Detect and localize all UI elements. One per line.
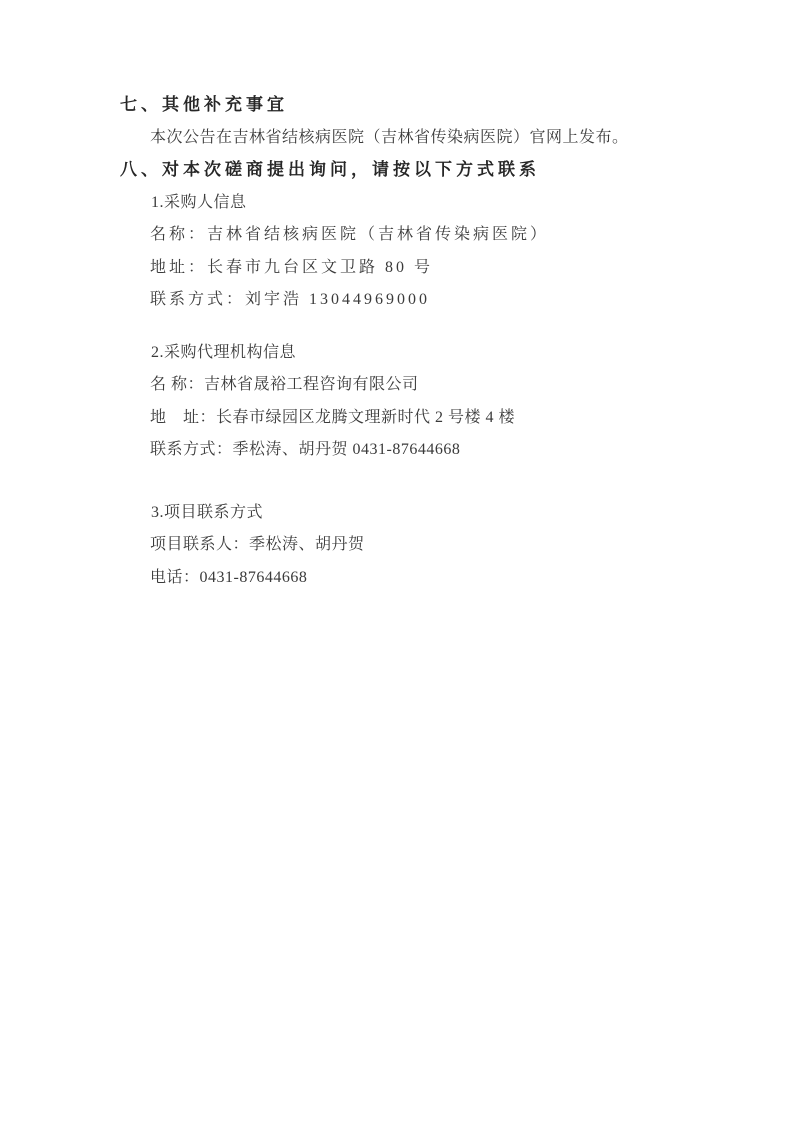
purchaser-name: 名称：吉林省结核病医院（吉林省传染病医院） bbox=[150, 219, 794, 252]
purchaser-contact: 联系方式：刘宇浩 13044969000 bbox=[150, 284, 794, 317]
section7-heading: 七、其他补充事宜 bbox=[120, 89, 794, 122]
agency-address: 地 址：长春市绿园区龙腾文理新时代 2 号楼 4 楼 bbox=[150, 402, 794, 435]
agency-title: 2.采购代理机构信息 bbox=[151, 337, 794, 370]
agency-contact: 联系方式：季松涛、胡丹贺 0431-87644668 bbox=[150, 434, 794, 467]
project-phone: 电话：0431-87644668 bbox=[150, 562, 794, 595]
document-page: 七、其他补充事宜 本次公告在吉林省结核病医院（吉林省传染病医院）官网上发布。 八… bbox=[0, 0, 794, 1123]
project-title: 3.项目联系方式 bbox=[151, 497, 794, 530]
section8-heading: 八、对本次磋商提出询问，请按以下方式联系 bbox=[120, 154, 794, 187]
purchaser-title: 1.采购人信息 bbox=[151, 187, 794, 220]
agency-name: 名 称：吉林省晟裕工程咨询有限公司 bbox=[150, 369, 794, 402]
purchaser-address: 地址：长春市九台区文卫路 80 号 bbox=[150, 252, 794, 285]
document-content: 七、其他补充事宜 本次公告在吉林省结核病医院（吉林省传染病医院）官网上发布。 八… bbox=[0, 89, 794, 594]
project-contact-person: 项目联系人：季松涛、胡丹贺 bbox=[150, 529, 794, 562]
section7-body: 本次公告在吉林省结核病医院（吉林省传染病医院）官网上发布。 bbox=[150, 122, 794, 155]
